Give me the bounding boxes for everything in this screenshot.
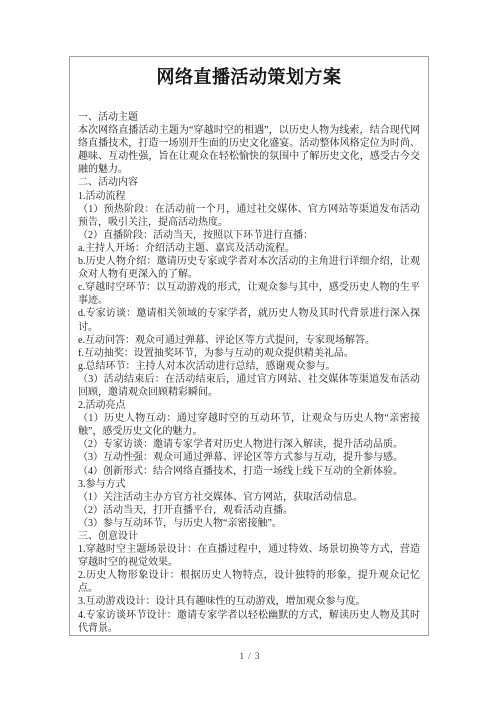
list-item: 4.专家访谈环节设计：邀请专家学者以轻松幽默的方式，解读历史人物及其时代背景。: [78, 609, 420, 635]
list-item: d.专家访谈：邀请相关领域的专家学者，就历史人物及其时代背景进行深入探讨。: [78, 307, 420, 333]
list-item: 1.穿越时空主题场景设计：在直播过程中，通过特效、场景切换等方式，营造穿越时空的…: [78, 543, 420, 569]
list-item: 3.互动游戏设计：设计具有趣味性的互动游戏，增加观众参与度。: [78, 595, 420, 608]
section-heading: 二、活动内容: [78, 176, 420, 189]
list-item: （2）专家访谈：邀请专家学者对历史人物进行深入解读，提升活动品质。: [78, 438, 420, 451]
list-item: 2.历史人物形象设计：根据历史人物特点，设计独特的形象，提升观众记忆点。: [78, 569, 420, 595]
list-item: （3）活动结束后：在活动结束后，通过官方网站、社交媒体等渠道发布活动回顾，邀请观…: [78, 373, 420, 399]
list-item: （1）历史人物互动：通过穿越时空的互动环节，让观众与历史人物“亲密接触”，感受历…: [78, 412, 420, 438]
list-item: （1）关注活动主办方官方社交媒体、官方网站，获取活动信息。: [78, 491, 420, 504]
list-item: g.总结环节：主持人对本次活动进行总结，感谢观众参与。: [78, 360, 420, 373]
document-border-frame: 网络直播活动策划方案 一、活动主题 本次网络直播活动主题为“穿越时空的相遇”，以…: [69, 56, 429, 636]
section-heading: 一、活动主题: [78, 111, 420, 124]
subsection-heading: 2.活动亮点: [78, 399, 420, 412]
section-heading: 三、创意设计: [78, 530, 420, 543]
subsection-heading: 3.参与方式: [78, 478, 420, 491]
list-item: （2）直播阶段：活动当天，按照以下环节进行直播：: [78, 229, 420, 242]
document-page: 网络直播活动策划方案 一、活动主题 本次网络直播活动主题为“穿越时空的相遇”，以…: [0, 0, 500, 707]
list-item: b.历史人物介绍：邀请历史专家或学者对本次活动的主角进行详细介绍，让观众对人物有…: [78, 255, 420, 281]
document-body: 一、活动主题 本次网络直播活动主题为“穿越时空的相遇”，以历史人物为线索，结合现…: [78, 111, 420, 635]
page-footer: 1 / 3: [0, 651, 500, 661]
list-item: c.穿越时空环节：以互动游戏的形式，让观众参与其中，感受历史人物的生平事迹。: [78, 281, 420, 307]
list-item: （1）预热阶段：在活动前一个月，通过社交媒体、官方网站等渠道发布活动预告，吸引关…: [78, 203, 420, 229]
list-item: （3）互动性强：观众可通过弹幕、评论区等方式参与互动，提升参与感。: [78, 451, 420, 464]
list-item: e.互动问答：观众可通过弹幕、评论区等方式提问，专家现场解答。: [78, 334, 420, 347]
list-item: （2）活动当天，打开直播平台，观看活动直播。: [78, 504, 420, 517]
subsection-heading: 1.活动流程: [78, 190, 420, 203]
list-item: f.互动抽奖：设置抽奖环节，为参与互动的观众提供精美礼品。: [78, 347, 420, 360]
list-item: （4）创新形式：结合网络直播技术，打造一场线上线下互动的全新体验。: [78, 465, 420, 478]
document-title: 网络直播活动策划方案: [78, 66, 420, 88]
page-number: 1 / 3: [239, 651, 260, 661]
paragraph: 本次网络直播活动主题为“穿越时空的相遇”，以历史人物为线索，结合现代网络直播技术…: [78, 124, 420, 176]
list-item: （3）参与互动环节，与历史人物“亲密接触”。: [78, 517, 420, 530]
list-item: a.主持人开场：介绍活动主题、嘉宾及活动流程。: [78, 242, 420, 255]
